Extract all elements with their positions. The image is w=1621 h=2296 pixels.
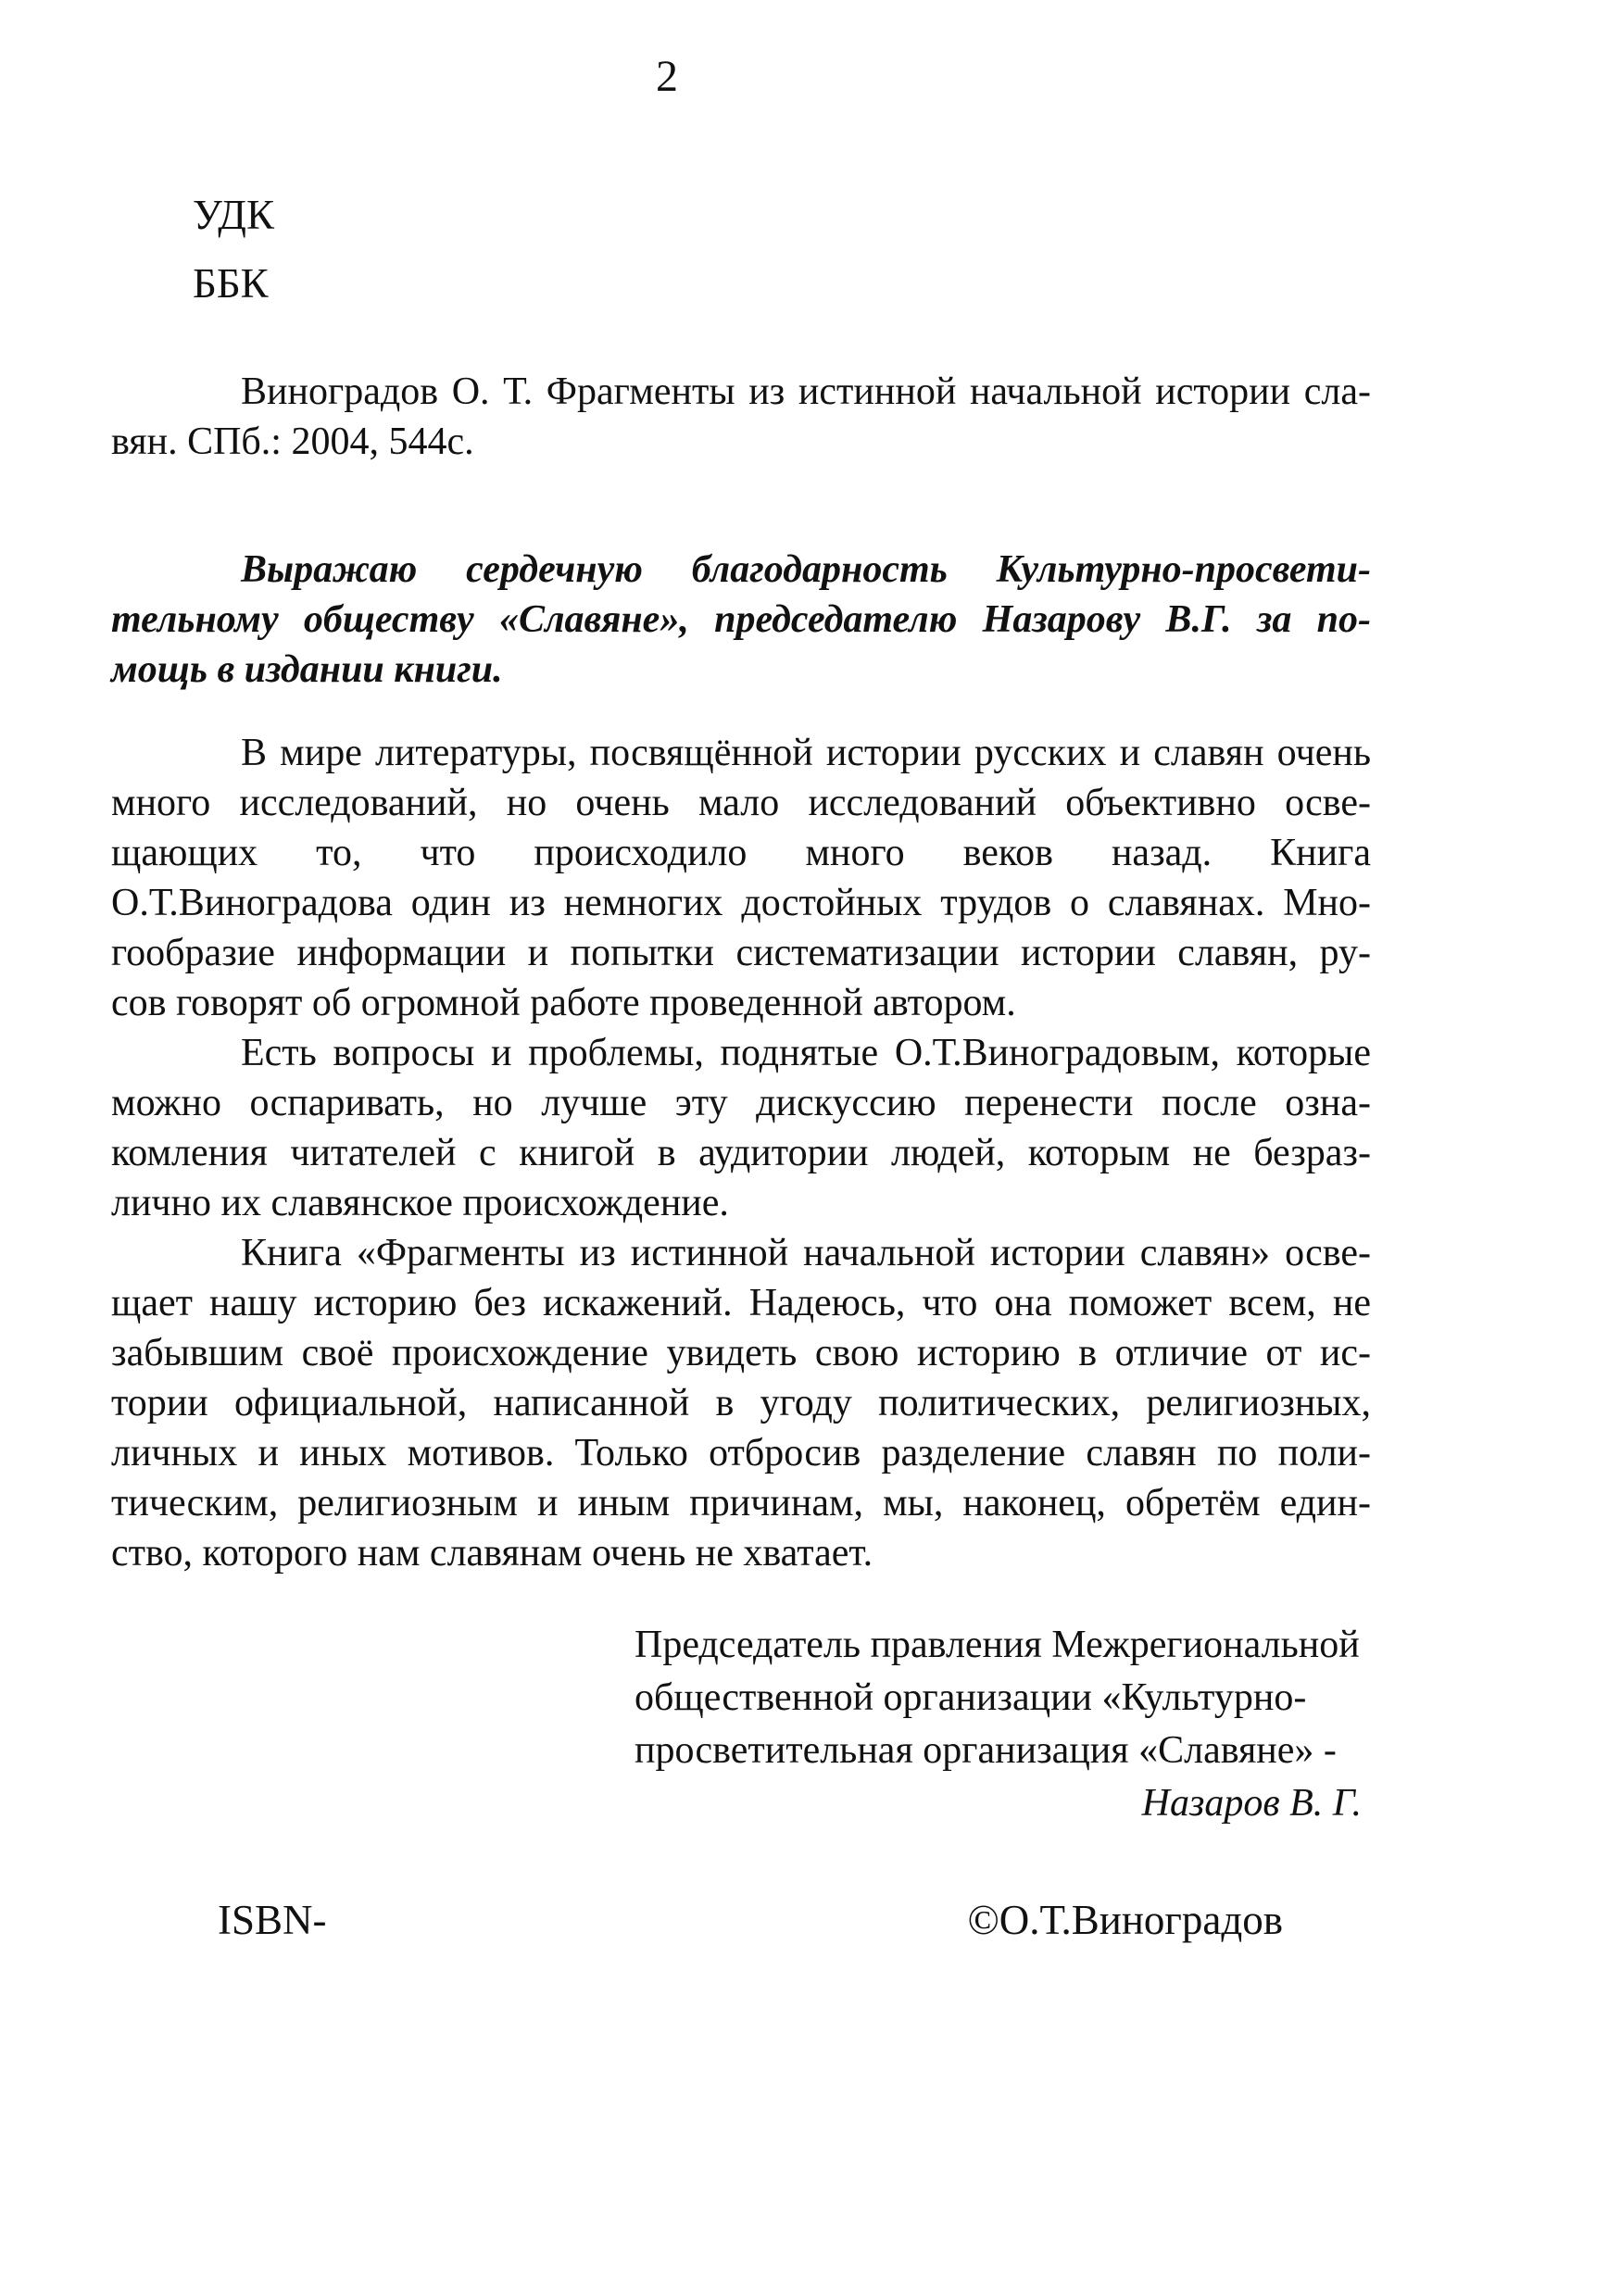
text-line: тическим, религиозным и иным причинам, м… [111,1478,1371,1528]
text-line: мощь в издании книги. [111,645,1371,695]
text-line: вян. СПб.: 2004, 544с. [111,417,1371,467]
preface-text: В мире литературы, посвящённой истории р… [111,728,1371,1578]
preface-paragraph-2: Есть вопросы и проблемы, поднятые О.Т.Ви… [111,1028,1371,1228]
book-page: 2 УДК ББК Виноградов О. Т. Фрагменты из … [0,0,1621,2296]
text-line: сов говорят об огромной работе проведенн… [111,978,1371,1028]
text-line: Виноградов О. Т. Фрагменты из истинной н… [111,367,1371,417]
text-line: Председатель правления Межрегиональной [635,1619,1362,1672]
text-line: тории официальной, написанной в угоду по… [111,1378,1371,1428]
text-line: забывшим своё происхождение увидеть свою… [111,1328,1371,1378]
text-line: ство, которого нам славянам очень не хва… [111,1528,1371,1578]
page-content: Виноградов О. Т. Фрагменты из истинной н… [111,0,1371,2296]
text-line: лично их славянское происхождение. [111,1178,1371,1228]
preface-paragraph-1: В мире литературы, посвящённой истории р… [111,728,1371,1028]
isbn-label: ISBN- [218,1895,327,1945]
bibliographic-citation: Виноградов О. Т. Фрагменты из истинной н… [111,367,1371,467]
text-line: много исследований, но очень мало исслед… [111,778,1371,828]
text-line: комления читателей с книгой в аудитории … [111,1128,1371,1178]
text-line: общественной организации «Культурно- [635,1672,1362,1725]
dedication-paragraph: Выражаю сердечную благодарность Культурн… [111,545,1371,695]
imprint-row: ISBN- ©О.Т.Виноградов [111,1895,1371,1945]
text-line: щающих то, что происходило много веков н… [111,828,1371,878]
text-line: просветительная организация «Славяне» - [635,1725,1362,1777]
text-line: Есть вопросы и проблемы, поднятые О.Т.Ви… [111,1028,1371,1078]
text-line: О.Т.Виноградова один из немногих достойн… [111,878,1371,928]
preface-paragraph-3: Книга «Фрагменты из истинной начальной и… [111,1228,1371,1578]
text-line: Книга «Фрагменты из истинной начальной и… [111,1228,1371,1278]
text-line: можно оспаривать, но лучше эту дискуссию… [111,1078,1371,1128]
text-line: щает нашу историю без искажений. Надеюсь… [111,1278,1371,1328]
text-line: Выражаю сердечную благодарность Культурн… [111,545,1371,595]
copyright-notice: ©О.Т.Виноградов [968,1895,1283,1945]
text-line: личных и иных мотивов. Только отбросив р… [111,1428,1371,1478]
signature-block: Председатель правления Межрегиональнойоб… [635,1619,1362,1830]
text-line: В мире литературы, посвящённой истории р… [111,728,1371,778]
signature-title: Председатель правления Межрегиональнойоб… [635,1619,1362,1777]
text-line: гообразие информации и попытки системати… [111,928,1371,978]
signature-name: Назаров В. Г. [635,1777,1362,1830]
text-line: тельному обществу «Славяне», председател… [111,595,1371,645]
